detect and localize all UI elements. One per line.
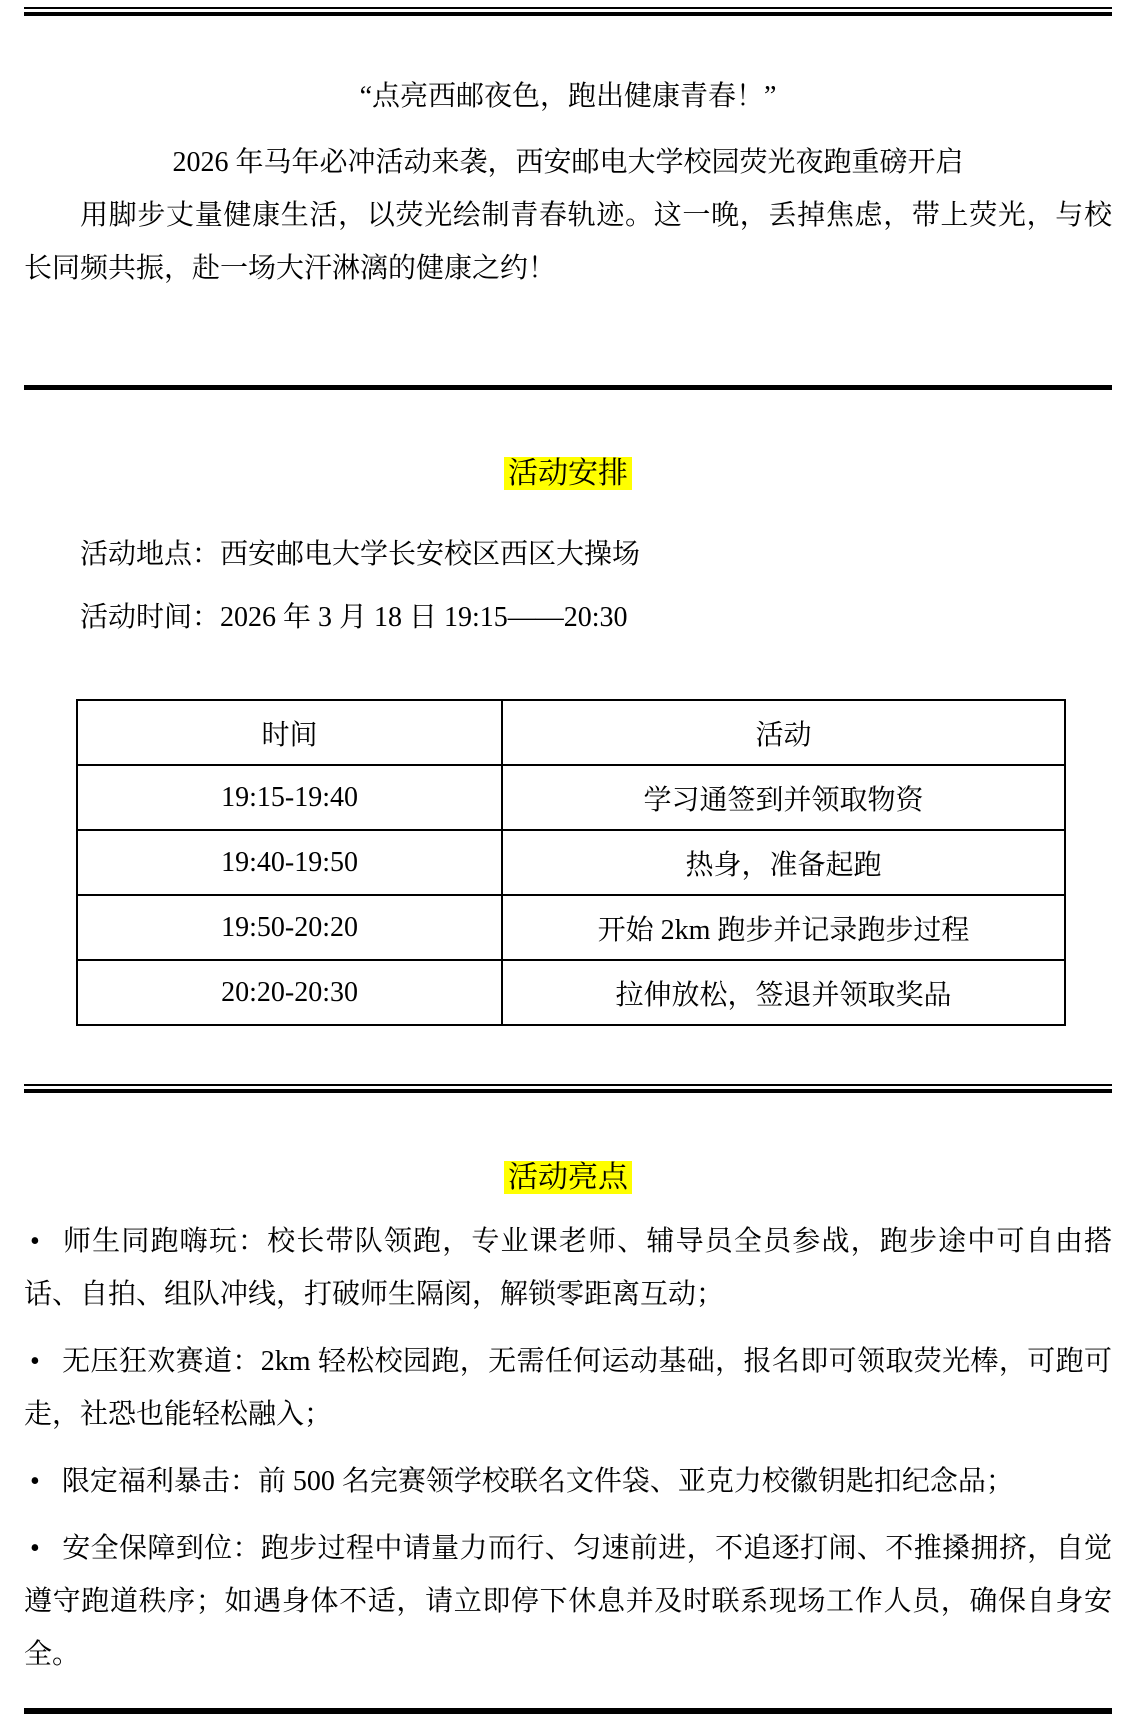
bottom-divider (24, 1708, 1112, 1714)
highlights-section-heading: 活动亮点 (24, 1152, 1112, 1204)
bullet-icon: • (30, 1215, 40, 1268)
list-item: •师生同跑嗨玩：校长带队领跑，专业课老师、辅导员全员参战，跑步途中可自由搭话、自… (24, 1215, 1112, 1321)
schedule-table: 时间 活动 19:15-19:40 学习通签到并领取物资 19:40-19:50… (76, 699, 1066, 1026)
intro-headline: 2026 年马年必冲活动来袭，西安邮电大学校园荧光夜跑重磅开启 (24, 136, 1112, 189)
highlights-list: •师生同跑嗨玩：校长带队领跑，专业课老师、辅导员全员参战，跑步途中可自由搭话、自… (24, 1215, 1112, 1681)
schedule-time-cell: 20:20-20:30 (77, 960, 502, 1025)
section-divider-highlights (24, 1084, 1112, 1093)
bullet-icon: • (30, 1455, 40, 1508)
event-time-line: 活动时间：2026 年 3 月 18 日 19:15——20:30 (24, 591, 1112, 644)
bullet-icon: • (30, 1522, 40, 1575)
list-item: •限定福利暴击：前 500 名完赛领学校联名文件袋、亚克力校徽钥匙扣纪念品； (24, 1455, 1112, 1508)
highlights-section-title: 活动亮点 (504, 1161, 632, 1194)
intro-quote: “点亮西邮夜色，跑出健康青春！” (24, 70, 1112, 123)
table-row: 20:20-20:30 拉伸放松，签退并领取奖品 (77, 960, 1065, 1025)
document-page: “点亮西邮夜色，跑出健康青春！” 2026 年马年必冲活动来袭，西安邮电大学校园… (0, 0, 1136, 1718)
list-item-text: 限定福利暴击：前 500 名完赛领学校联名文件袋、亚克力校徽钥匙扣纪念品； (62, 1466, 1014, 1497)
list-item: •无压狂欢赛道：2km 轻松校园跑，无需任何运动基础，报名即可领取荧光棒，可跑可… (24, 1335, 1112, 1441)
list-item-text: 安全保障到位：跑步过程中请量力而行、匀速前进，不追逐打闹、不推搡拥挤，自觉遵守跑… (24, 1533, 1112, 1670)
schedule-activity-cell: 开始 2km 跑步并记录跑步过程 (502, 895, 1065, 960)
bullet-icon: • (30, 1335, 40, 1388)
intro-paragraph: 用脚步丈量健康生活，以荧光绘制青春轨迹。这一晚，丢掉焦虑，带上荧光，与校长同频共… (24, 189, 1112, 295)
table-row: 19:15-19:40 学习通签到并领取物资 (77, 765, 1065, 830)
schedule-time-cell: 19:40-19:50 (77, 830, 502, 895)
top-divider-thick-line (24, 12, 1112, 16)
table-row: 19:50-20:20 开始 2km 跑步并记录跑步过程 (77, 895, 1065, 960)
schedule-section-heading: 活动安排 (24, 448, 1112, 500)
schedule-activity-cell: 热身，准备起跑 (502, 830, 1065, 895)
schedule-activity-cell: 拉伸放松，签退并领取奖品 (502, 960, 1065, 1025)
schedule-time-cell: 19:50-20:20 (77, 895, 502, 960)
schedule-activity-cell: 学习通签到并领取物资 (502, 765, 1065, 830)
list-item: •安全保障到位：跑步过程中请量力而行、匀速前进，不追逐打闹、不推搡拥挤，自觉遵守… (24, 1522, 1112, 1681)
schedule-section-title: 活动安排 (504, 457, 632, 490)
mid-divider-thick-line (24, 1089, 1112, 1093)
event-location-line: 活动地点：西安邮电大学长安校区西区大操场 (24, 528, 1112, 581)
section-divider-schedule (24, 385, 1112, 390)
schedule-table-header-row: 时间 活动 (77, 700, 1065, 765)
schedule-time-cell: 19:15-19:40 (77, 765, 502, 830)
schedule-header-activity: 活动 (502, 700, 1065, 765)
top-divider (24, 7, 1112, 16)
table-row: 19:40-19:50 热身，准备起跑 (77, 830, 1065, 895)
schedule-header-time: 时间 (77, 700, 502, 765)
list-item-text: 无压狂欢赛道：2km 轻松校园跑，无需任何运动基础，报名即可领取荧光棒，可跑可走… (24, 1346, 1112, 1430)
list-item-text: 师生同跑嗨玩：校长带队领跑，专业课老师、辅导员全员参战，跑步途中可自由搭话、自拍… (24, 1226, 1112, 1310)
